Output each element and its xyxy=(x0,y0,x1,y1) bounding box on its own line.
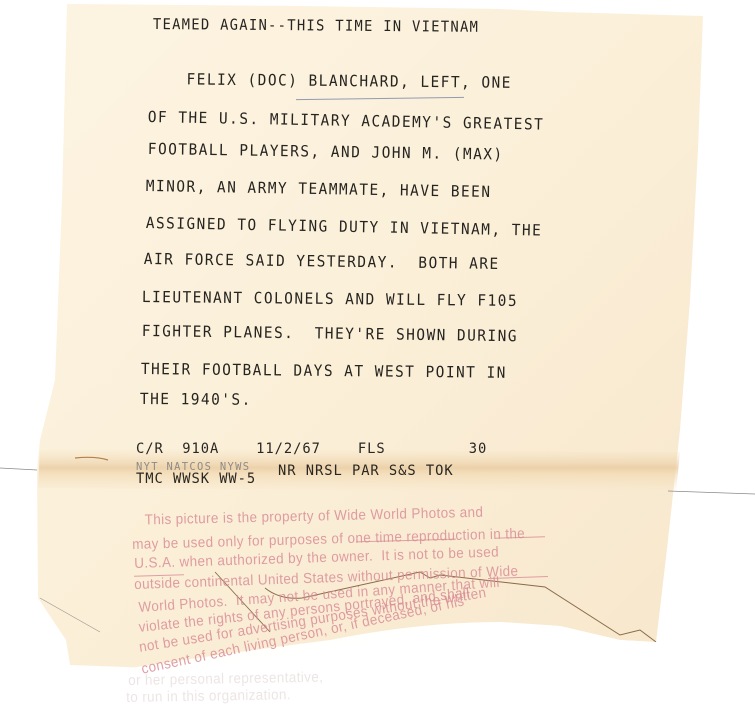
copyright-stamp: This picture is the property of Wide Wor… xyxy=(0,0,755,704)
stamp-line: This picture is the property of Wide Wor… xyxy=(120,505,484,529)
stamp-line-faded: or her personal representative, xyxy=(128,670,323,689)
stamp-line-faded: to run in this organization. xyxy=(126,687,291,704)
scanned-document: TEAMED AGAIN--THIS TIME IN VIETNAM FELIX… xyxy=(0,0,755,704)
